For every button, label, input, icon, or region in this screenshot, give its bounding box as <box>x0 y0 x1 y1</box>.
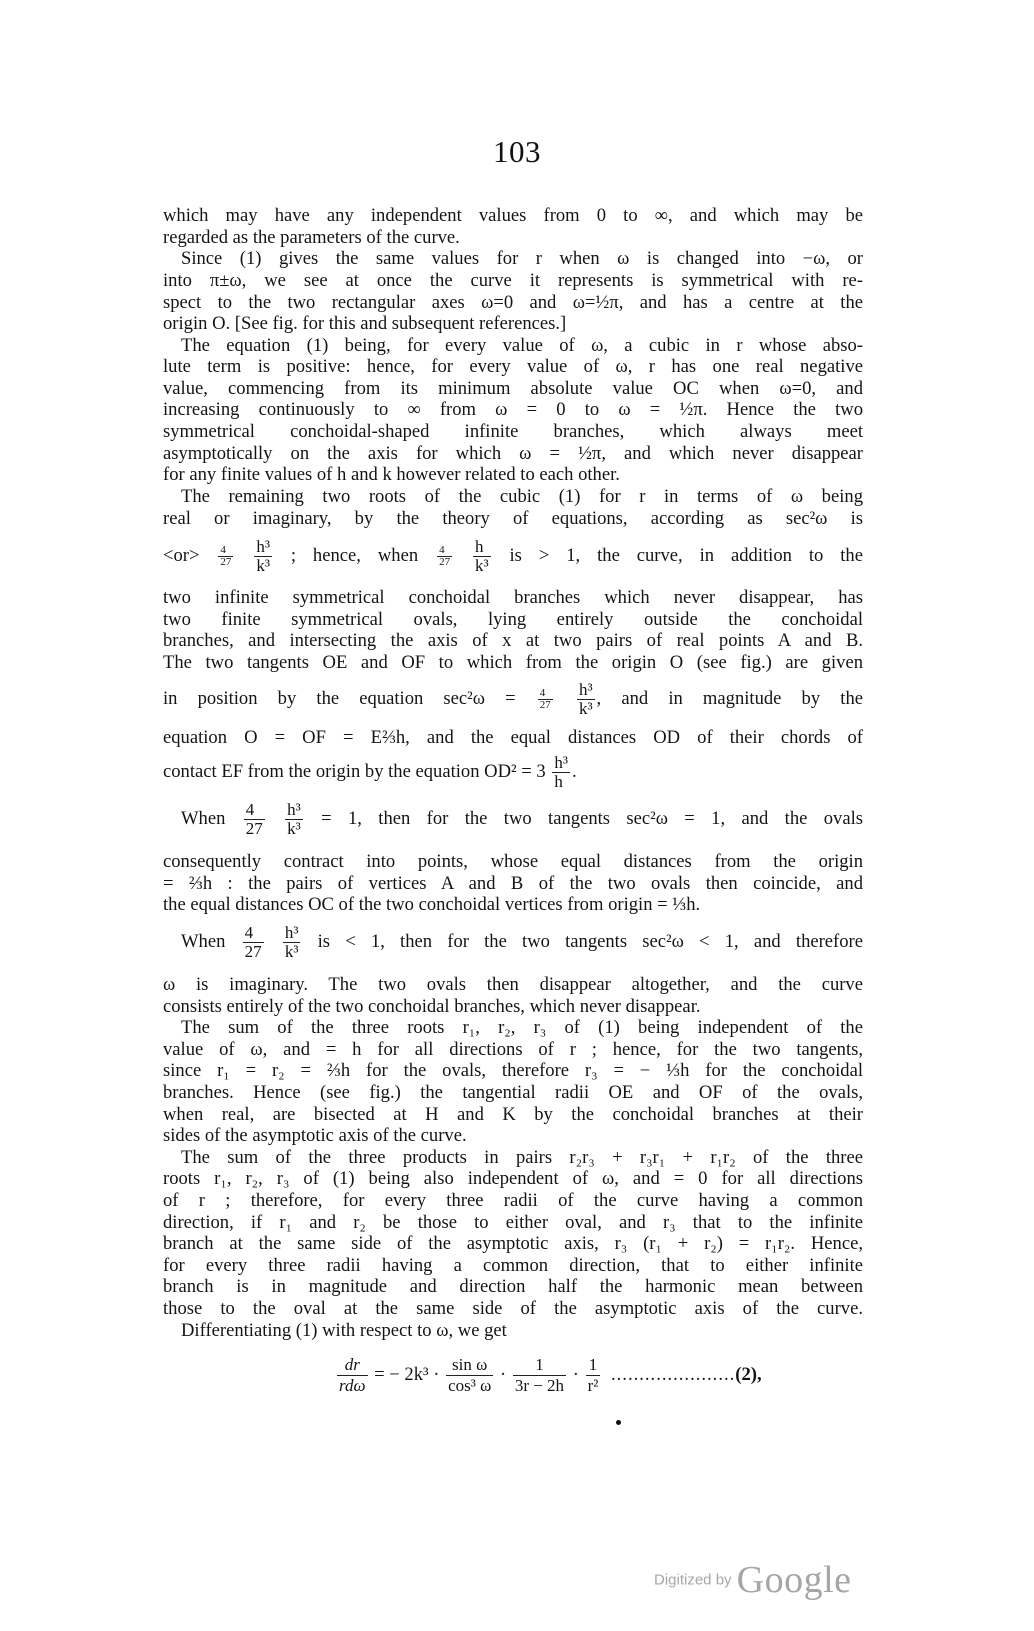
text-line: direction, if r₁ and r₂ be those to eith… <box>163 1212 863 1234</box>
watermark-prefix: Digitized by <box>654 1572 732 1589</box>
when-eq-prefix: When <box>181 808 225 829</box>
fraction-sin-cos: sin ωcos³ ω <box>446 1355 493 1396</box>
text-line: symmetrical conchoidal-shaped infinite b… <box>163 421 863 443</box>
google-watermark: Digitized by Google <box>654 1558 852 1602</box>
text-line: branch at the same side of the asymptoti… <box>163 1233 863 1255</box>
text-line: into π±ω, we see at once the curve it re… <box>163 270 863 292</box>
text-line: for any finite values of h and k however… <box>163 464 863 486</box>
text-line: origin O. [See fig. for this and subsequ… <box>163 313 863 335</box>
text-line: since r₁ = r₂ = ⅔h for the ovals, theref… <box>163 1060 863 1082</box>
ink-dot <box>616 1420 621 1425</box>
google-logo: Google <box>737 1559 852 1601</box>
text-line-contact: contact EF from the origin by the equati… <box>163 752 863 792</box>
contact-text: contact EF from the origin by the equati… <box>163 761 546 782</box>
text-line: lute term is positive: hence, for every … <box>163 356 863 378</box>
text-line: for every three radii having a common di… <box>163 1255 863 1277</box>
text-line: The remaining two roots of the cubic (1)… <box>181 486 863 508</box>
contact-suffix: . <box>572 761 577 782</box>
fraction-1-3r-2h: 13r − 2h <box>513 1355 566 1396</box>
equation-label: (2), <box>735 1364 761 1385</box>
text-line: spect to the two rectangular axes ω=0 an… <box>163 292 863 314</box>
fraction-4-27b: 427 <box>437 545 452 568</box>
text-line-position: in position by the equation sec²ω = 427 … <box>163 679 863 719</box>
position-suffix: , and in magnitude by the <box>597 688 863 709</box>
fraction-1-r2: 1r² <box>586 1355 601 1396</box>
dot-operator: · <box>500 1364 506 1385</box>
book-page: 103 which may have any independent value… <box>0 0 1034 1631</box>
text-line: regarded as the parameters of the curve. <box>163 227 863 249</box>
text-line-when-equal: When 427 h³k³ = 1, then for the two tang… <box>181 799 863 839</box>
text-line: consequently contract into points, whose… <box>163 851 863 873</box>
text-line: ω is imaginary. The two ovals then disap… <box>163 974 863 996</box>
text-line-when-less: When 427 h³k³ is < 1, then for the two t… <box>181 922 863 962</box>
text-line: consists entirely of the two conchoidal … <box>163 996 863 1018</box>
text-line: sides of the asymptotic axis of the curv… <box>163 1125 863 1147</box>
text-line: real or imaginary, by the theory of equa… <box>163 508 863 530</box>
dot-leader: ...................... <box>611 1364 735 1385</box>
equation-2: drrdω = − 2k³ · sin ωcos³ ω · 13r − 2h ·… <box>335 1355 762 1396</box>
fraction-h3-k3-lt: h³k³ <box>283 924 301 961</box>
position-text: in position by the equation sec²ω = <box>163 688 516 709</box>
text-line: The sum of the three products in pairs r… <box>181 1147 863 1169</box>
text-line: branches, and intersecting the axis of x… <box>163 630 863 652</box>
fraction-h3-k3: h³k³ <box>254 538 272 575</box>
fraction-h-k3: hk³ <box>473 538 491 575</box>
page-number: 103 <box>0 134 1034 170</box>
fraction-4-27c: 427 <box>538 688 553 711</box>
text-line: Since (1) gives the same values for r wh… <box>181 248 863 270</box>
fraction-4-27: 427 <box>218 545 233 568</box>
text-line: value, commencing from its minimum absol… <box>163 378 863 400</box>
fraction-4-27-lt: 427 <box>243 924 264 961</box>
fraction-4-27-eq: 427 <box>244 801 265 838</box>
text-line: The two tangents OE and OF to which from… <box>163 652 863 674</box>
text-line-equation: equation O = OF = E⅔h, and the equal dis… <box>163 727 863 749</box>
or-mid: ; hence, when <box>291 545 418 566</box>
equation-eq: = − 2k³ · <box>374 1364 439 1385</box>
fraction-dr-rdw: drrdω <box>337 1355 368 1396</box>
text-line: The equation (1) being, for every value … <box>181 335 863 357</box>
text-line: The sum of the three roots r₁, r₂, r₃ of… <box>181 1017 863 1039</box>
text-line: branches. Hence (see fig.) the tangentia… <box>163 1082 863 1104</box>
fraction-h3-k3b: h³k³ <box>577 681 595 718</box>
text-line: branch is in magnitude and direction hal… <box>163 1276 863 1298</box>
text-line: the equal distances OC of the two concho… <box>163 894 863 916</box>
when-lt-prefix: When <box>181 931 225 952</box>
when-eq-suffix: = 1, then for the two tangents sec²ω = 1… <box>321 808 863 829</box>
or-suffix: is > 1, the curve, in addition to the <box>510 545 863 566</box>
text-line: value of ω, and = h for all directions o… <box>163 1039 863 1061</box>
text-line: increasing continuously to ∞ from ω = 0 … <box>163 399 863 421</box>
text-line: asymptotically on the axis for which ω =… <box>163 443 863 465</box>
text-line: of r ; therefore, for every three radii … <box>163 1190 863 1212</box>
fraction-h3-k3-eq: h³k³ <box>285 801 303 838</box>
text-line: which may have any independent values fr… <box>163 205 863 227</box>
text-line: roots r₁, r₂, r₃ of (1) being also indep… <box>163 1168 863 1190</box>
text-line: those to the oval at the same side of th… <box>163 1298 863 1320</box>
text-line: two infinite symmetrical conchoidal bran… <box>163 587 863 609</box>
when-lt-suffix: is < 1, then for the two tangents sec²ω … <box>318 931 863 952</box>
text-line: two finite symmetrical ovals, lying enti… <box>163 609 863 631</box>
fraction-h3-h: h³h <box>552 754 570 791</box>
dot-operator: · <box>573 1364 579 1385</box>
or-prefix: <or> <box>163 545 199 566</box>
text-line: when real, are bisected at H and K by th… <box>163 1104 863 1126</box>
text-line: = ⅔h : the pairs of vertices A and B of … <box>163 873 863 895</box>
text-line: Differentiating (1) with respect to ω, w… <box>181 1320 863 1342</box>
text-line-or-greater: <or> 427 h³k³ ; hence, when 427 hk³ is >… <box>163 536 863 576</box>
